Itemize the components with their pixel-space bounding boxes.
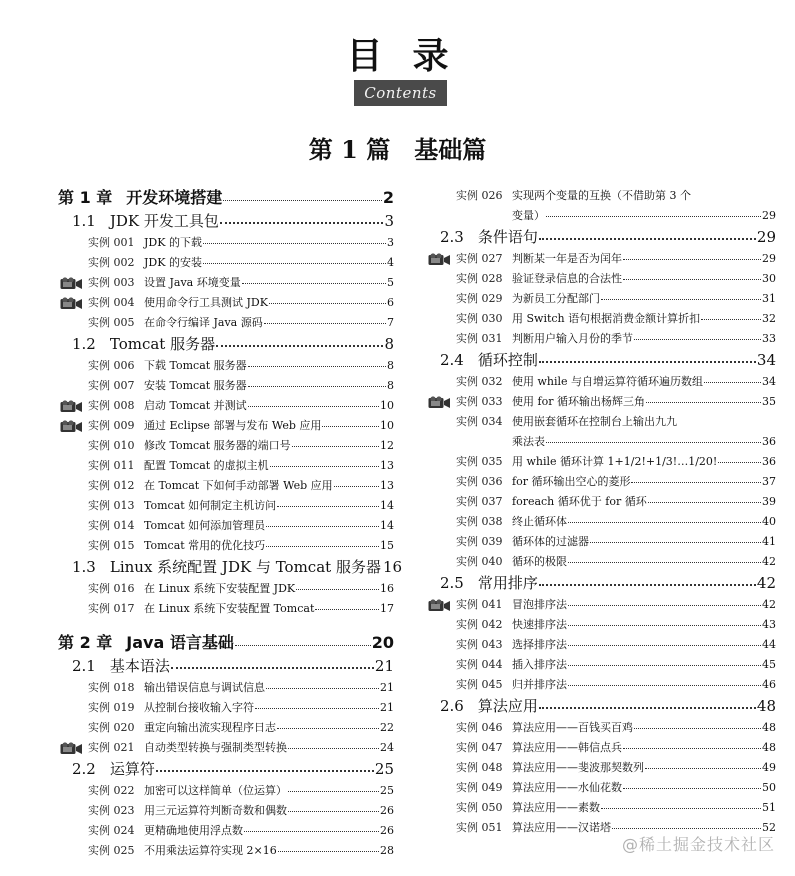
leader-dots bbox=[623, 741, 761, 750]
page-number: 30 bbox=[762, 269, 776, 289]
example-title: 设置 Java 环境变量 bbox=[144, 276, 241, 289]
leader-dots bbox=[248, 399, 379, 408]
example-title: 使用 while 与自增运算符循环遍历数组 bbox=[512, 375, 703, 388]
page-number: 22 bbox=[380, 718, 394, 738]
leader-dots bbox=[646, 395, 761, 404]
example-entry[interactable]: 实例 005在命令行编译 Java 源码7 bbox=[58, 313, 394, 333]
example-id: 实例 024 bbox=[88, 821, 144, 841]
example-label: 实例 002JDK 的安装 bbox=[88, 253, 202, 273]
example-entry[interactable]: 实例 019从控制台接收输入字符21 bbox=[58, 698, 394, 718]
page-number: 45 bbox=[762, 655, 776, 675]
example-label: 实例 007安装 Tomcat 服务器 bbox=[88, 376, 247, 396]
page-number: 12 bbox=[380, 436, 394, 456]
page-number: 34 bbox=[762, 372, 776, 392]
example-label: 实例 004使用命令行工具测试 JDK bbox=[88, 293, 268, 313]
example-id: 实例 003 bbox=[88, 273, 144, 293]
example-entry[interactable]: 实例 022加密可以这样简单（位运算）25 bbox=[58, 781, 394, 801]
section-title: 运算符 bbox=[110, 760, 155, 778]
contents-badge: Contents bbox=[354, 80, 447, 106]
example-entry[interactable]: 实例 025不用乘法运算符实现 2×1628 bbox=[58, 841, 394, 861]
example-id: 实例 042 bbox=[456, 615, 512, 635]
page-number: 51 bbox=[762, 798, 776, 818]
page-number: 28 bbox=[380, 841, 394, 861]
leader-dots bbox=[623, 252, 761, 261]
video-camera-icon bbox=[428, 396, 454, 409]
section-label: 2.5常用排序 bbox=[440, 572, 538, 595]
example-entry[interactable]: 实例 033使用 for 循环输出杨辉三角35 bbox=[426, 392, 776, 412]
example-title: 算法应用——汉诺塔 bbox=[512, 821, 611, 834]
example-title: Tomcat 如何制定主机访问 bbox=[144, 499, 276, 512]
example-id: 实例 027 bbox=[456, 249, 512, 269]
leader-dots bbox=[546, 209, 761, 218]
page-number: 35 bbox=[762, 392, 776, 412]
example-label: 实例 050算法应用——素数 bbox=[456, 798, 600, 818]
leader-dots bbox=[645, 761, 761, 770]
page-number: 5 bbox=[387, 273, 394, 293]
leader-dots bbox=[568, 555, 761, 564]
leader-dots bbox=[248, 359, 386, 368]
page-number: 13 bbox=[380, 456, 394, 476]
example-label: 实例 015Tomcat 常用的优化技巧 bbox=[88, 536, 265, 556]
example-label: 实例 029为新员工分配部门 bbox=[456, 289, 600, 309]
leader-dots bbox=[634, 332, 761, 341]
example-title: 安装 Tomcat 服务器 bbox=[144, 379, 247, 392]
example-entry[interactable]: 实例 041冒泡排序法42 bbox=[426, 595, 776, 615]
leader-dots bbox=[322, 419, 379, 428]
example-title: 为新员工分配部门 bbox=[512, 292, 600, 305]
page-number: 8 bbox=[387, 376, 394, 396]
section-number: 1.3 bbox=[72, 558, 96, 576]
example-entry[interactable]: 实例 020重定向输出流实现程序日志22 bbox=[58, 718, 394, 738]
page-number: 7 bbox=[387, 313, 394, 333]
example-entry[interactable]: 实例 036for 循环输出空心的菱形37 bbox=[426, 472, 776, 492]
example-id: 实例 034 bbox=[456, 412, 512, 432]
page-number: 25 bbox=[375, 758, 394, 781]
example-entry[interactable]: 实例 030用 Switch 语句根据消费金额计算折扣32 bbox=[426, 309, 776, 329]
example-entry[interactable]: 实例 049算法应用——水仙花数50 bbox=[426, 778, 776, 798]
leader-dots bbox=[568, 515, 761, 524]
example-title: 冒泡排序法 bbox=[512, 598, 567, 611]
section-label: 1.1JDK 开发工具包 bbox=[72, 210, 219, 233]
section-number: 2.3 bbox=[440, 228, 464, 246]
leader-dots bbox=[216, 334, 383, 347]
leader-dots bbox=[277, 721, 379, 730]
example-id: 实例 038 bbox=[456, 512, 512, 532]
example-label: 实例 022加密可以这样简单（位运算） bbox=[88, 781, 287, 801]
leader-dots bbox=[235, 633, 371, 645]
example-id: 实例 030 bbox=[456, 309, 512, 329]
example-entry[interactable]: 实例 042快速排序法43 bbox=[426, 615, 776, 635]
page-number: 48 bbox=[762, 738, 776, 758]
example-title-continued: 变量） bbox=[512, 206, 545, 226]
example-label: 实例 019从控制台接收输入字符 bbox=[88, 698, 254, 718]
page-number: 10 bbox=[380, 396, 394, 416]
leader-dots bbox=[590, 535, 761, 544]
page-number: 42 bbox=[762, 595, 776, 615]
example-title: foreach 循环优于 for 循环 bbox=[512, 495, 647, 508]
example-id: 实例 049 bbox=[456, 778, 512, 798]
example-entry[interactable]: 实例 035用 while 循环计算 1+1/2!+1/3!…1/20!36 bbox=[426, 452, 776, 472]
section-number: 2.4 bbox=[440, 351, 464, 369]
example-title: 算法应用——水仙花数 bbox=[512, 781, 622, 794]
example-label: 实例 047算法应用——韩信点兵 bbox=[456, 738, 622, 758]
leader-dots bbox=[539, 227, 756, 240]
example-entry[interactable]: 实例 038终止循环体40 bbox=[426, 512, 776, 532]
page-number: 16 bbox=[380, 579, 394, 599]
section-title: 常用排序 bbox=[478, 574, 538, 592]
example-entry[interactable]: 实例 009通过 Eclipse 部署与发布 Web 应用10 bbox=[58, 416, 394, 436]
example-title: Tomcat 常用的优化技巧 bbox=[144, 539, 265, 552]
example-entry[interactable]: 实例 024更精确地使用浮点数26 bbox=[58, 821, 394, 841]
leader-dots bbox=[248, 379, 386, 388]
page-number: 33 bbox=[762, 329, 776, 349]
example-id: 实例 013 bbox=[88, 496, 144, 516]
example-id: 实例 047 bbox=[456, 738, 512, 758]
example-entry[interactable]: 实例 048算法应用——斐波那契数列49 bbox=[426, 758, 776, 778]
page-number: 8 bbox=[384, 333, 394, 356]
example-id: 实例 004 bbox=[88, 293, 144, 313]
page-number: 2 bbox=[383, 186, 394, 210]
example-entry[interactable]: 实例 018输出错误信息与调试信息21 bbox=[58, 678, 394, 698]
leader-dots bbox=[568, 678, 761, 687]
example-entry[interactable]: 实例 003设置 Java 环境变量5 bbox=[58, 273, 394, 293]
page-title: 目录 bbox=[0, 28, 795, 79]
example-label: 实例 026实现两个变量的互换（不借助第 3 个 bbox=[456, 186, 691, 206]
example-entry[interactable]: 实例 007安装 Tomcat 服务器8 bbox=[58, 376, 394, 396]
example-id: 实例 051 bbox=[456, 818, 512, 838]
video-camera-icon bbox=[60, 277, 86, 290]
example-label: 实例 025不用乘法运算符实现 2×16 bbox=[88, 841, 277, 861]
chapter-title: Java 语言基础 bbox=[126, 633, 234, 652]
page-number: 3 bbox=[387, 233, 394, 253]
example-title: 配置 Tomcat 的虚拟主机 bbox=[144, 459, 269, 472]
example-title: 在 Linux 系统下安装配置 JDK bbox=[144, 582, 295, 595]
page-number: 21 bbox=[375, 655, 394, 678]
example-title: 使用 for 循环输出杨辉三角 bbox=[512, 395, 645, 408]
example-title: 使用命令行工具测试 JDK bbox=[144, 296, 268, 309]
example-id: 实例 041 bbox=[456, 595, 512, 615]
page-number: 29 bbox=[762, 206, 776, 226]
leader-dots bbox=[266, 539, 379, 548]
example-title: 从控制台接收输入字符 bbox=[144, 701, 254, 714]
section-label: 2.2运算符 bbox=[72, 758, 155, 781]
example-title: 在 Linux 系统下安装配置 Tomcat bbox=[144, 602, 314, 615]
example-entry[interactable]: 实例 023用三元运算符判断奇数和偶数26 bbox=[58, 801, 394, 821]
example-label: 实例 005在命令行编译 Java 源码 bbox=[88, 313, 263, 333]
example-entry[interactable]: 实例 014Tomcat 如何添加管理员14 bbox=[58, 516, 394, 536]
page-number: 20 bbox=[372, 631, 394, 655]
example-title: 算法应用——素数 bbox=[512, 801, 600, 814]
example-label: 实例 028验证登录信息的合法性 bbox=[456, 269, 622, 289]
page-number: 21 bbox=[380, 698, 394, 718]
section-entry[interactable]: 2.6算法应用48 bbox=[426, 695, 776, 718]
example-title: 用三元运算符判断奇数和偶数 bbox=[144, 804, 287, 817]
example-id: 实例 029 bbox=[456, 289, 512, 309]
example-title: for 循环输出空心的菱形 bbox=[512, 475, 630, 488]
example-label: 实例 032使用 while 与自增运算符循环遍历数组 bbox=[456, 372, 703, 392]
example-id: 实例 021 bbox=[88, 738, 144, 758]
example-title: 循环的极限 bbox=[512, 555, 567, 568]
example-id: 实例 028 bbox=[456, 269, 512, 289]
section-label: 1.2Tomcat 服务器 bbox=[72, 333, 215, 356]
page-number: 36 bbox=[762, 432, 776, 452]
example-id: 实例 022 bbox=[88, 781, 144, 801]
example-entry[interactable]: 实例 031判断用户输入月份的季节33 bbox=[426, 329, 776, 349]
section-entry[interactable]: 1.2Tomcat 服务器8 bbox=[58, 333, 394, 356]
example-label: 实例 039循环体的过滤器 bbox=[456, 532, 589, 552]
example-entry[interactable]: 实例 012在 Tomcat 下如何手动部署 Web 应用13 bbox=[58, 476, 394, 496]
section-title: 基本语法 bbox=[110, 657, 170, 675]
example-title: 快速排序法 bbox=[512, 618, 567, 631]
section-entry[interactable]: 2.1基本语法21 bbox=[58, 655, 394, 678]
page-number: 25 bbox=[380, 781, 394, 801]
video-camera-icon bbox=[60, 420, 86, 433]
video-camera-icon bbox=[60, 297, 86, 310]
leader-dots bbox=[334, 479, 379, 488]
leader-dots bbox=[623, 781, 761, 790]
example-entry[interactable]: 实例 016在 Linux 系统下安装配置 JDK16 bbox=[58, 579, 394, 599]
section-entry[interactable]: 2.5常用排序42 bbox=[426, 572, 776, 595]
section-entry[interactable]: 2.4循环控制34 bbox=[426, 349, 776, 372]
section-title: 算法应用 bbox=[478, 697, 538, 715]
example-label: 实例 010修改 Tomcat 服务器的端口号 bbox=[88, 436, 291, 456]
example-label: 实例 012在 Tomcat 下如何手动部署 Web 应用 bbox=[88, 476, 333, 496]
leader-dots bbox=[156, 759, 374, 772]
example-title: 自动类型转换与强制类型转换 bbox=[144, 741, 287, 754]
example-entry[interactable]: 实例 027判断某一年是否为闰年29 bbox=[426, 249, 776, 269]
part-title: 第 1 篇 基础篇 bbox=[0, 130, 795, 165]
example-id: 实例 010 bbox=[88, 436, 144, 456]
example-id: 实例 039 bbox=[456, 532, 512, 552]
example-id: 实例 015 bbox=[88, 536, 144, 556]
leader-dots bbox=[539, 696, 756, 709]
example-id: 实例 017 bbox=[88, 599, 144, 619]
example-title: 用 Switch 语句根据消费金额计算折扣 bbox=[512, 312, 700, 325]
example-id: 实例 007 bbox=[88, 376, 144, 396]
example-label: 实例 017在 Linux 系统下安装配置 Tomcat bbox=[88, 599, 314, 619]
example-label: 实例 046算法应用——百钱买百鸡 bbox=[456, 718, 633, 738]
example-label: 实例 027判断某一年是否为闰年 bbox=[456, 249, 622, 269]
example-entry[interactable]: 实例 028验证登录信息的合法性30 bbox=[426, 269, 776, 289]
example-id: 实例 008 bbox=[88, 396, 144, 416]
page-number: 40 bbox=[762, 512, 776, 532]
example-title: JDK 的安装 bbox=[144, 256, 202, 269]
example-label: 实例 001JDK 的下载 bbox=[88, 233, 202, 253]
example-label: 实例 036for 循环输出空心的菱形 bbox=[456, 472, 630, 492]
example-entry[interactable]: 实例 011配置 Tomcat 的虚拟主机13 bbox=[58, 456, 394, 476]
example-label: 实例 041冒泡排序法 bbox=[456, 595, 567, 615]
example-entry[interactable]: 实例 046算法应用——百钱买百鸡48 bbox=[426, 718, 776, 738]
page-number: 44 bbox=[762, 635, 776, 655]
section-number: 1.1 bbox=[72, 212, 96, 230]
page-number: 42 bbox=[757, 572, 776, 595]
leader-dots bbox=[701, 312, 761, 321]
page-number: 31 bbox=[762, 289, 776, 309]
toc-left-column: 第 1 章开发环境搭建21.1JDK 开发工具包3实例 001JDK 的下载3实… bbox=[58, 186, 394, 861]
section-entry[interactable]: 1.3Linux 系统配置 JDK 与 Tomcat 服务器16 bbox=[58, 556, 394, 579]
example-entry[interactable]: 实例 032使用 while 与自增运算符循环遍历数组34 bbox=[426, 372, 776, 392]
example-id: 实例 025 bbox=[88, 841, 144, 861]
example-title: 修改 Tomcat 服务器的端口号 bbox=[144, 439, 291, 452]
example-entry[interactable]: 实例 002JDK 的安装4 bbox=[58, 253, 394, 273]
leader-dots bbox=[203, 236, 386, 245]
example-title: 判断用户输入月份的季节 bbox=[512, 332, 633, 345]
example-entry[interactable]: 实例 040循环的极限42 bbox=[426, 552, 776, 572]
page-number: 15 bbox=[380, 536, 394, 556]
example-entry[interactable]: 实例 001JDK 的下载3 bbox=[58, 233, 394, 253]
page-number: 42 bbox=[762, 552, 776, 572]
page-number: 14 bbox=[380, 516, 394, 536]
page-number: 39 bbox=[762, 492, 776, 512]
section-label: 2.3条件语句 bbox=[440, 226, 538, 249]
leader-dots bbox=[244, 824, 379, 833]
section-number: 2.2 bbox=[72, 760, 96, 778]
example-label: 实例 018输出错误信息与调试信息 bbox=[88, 678, 265, 698]
example-title: 不用乘法运算符实现 2×16 bbox=[144, 844, 277, 857]
page-number: 26 bbox=[380, 801, 394, 821]
example-id: 实例 043 bbox=[456, 635, 512, 655]
example-entry[interactable]: 实例 026实现两个变量的互换（不借助第 3 个 bbox=[426, 186, 776, 206]
leader-dots bbox=[634, 721, 761, 730]
example-label: 实例 037foreach 循环优于 for 循环 bbox=[456, 492, 647, 512]
example-entry[interactable]: 实例 021自动类型转换与强制类型转换24 bbox=[58, 738, 394, 758]
example-entry[interactable]: 实例 015Tomcat 常用的优化技巧15 bbox=[58, 536, 394, 556]
page-number: 8 bbox=[387, 356, 394, 376]
example-title: 算法应用——韩信点兵 bbox=[512, 741, 622, 754]
section-entry[interactable]: 2.3条件语句29 bbox=[426, 226, 776, 249]
leader-dots bbox=[539, 350, 756, 363]
example-label: 实例 013Tomcat 如何制定主机访问 bbox=[88, 496, 276, 516]
example-id: 实例 001 bbox=[88, 233, 144, 253]
example-title: 验证登录信息的合法性 bbox=[512, 272, 622, 285]
leader-dots bbox=[171, 656, 374, 669]
example-title: 启动 Tomcat 并测试 bbox=[144, 399, 247, 412]
example-label: 实例 024更精确地使用浮点数 bbox=[88, 821, 243, 841]
example-entry[interactable]: 实例 043选择排序法44 bbox=[426, 635, 776, 655]
example-label: 实例 045归并排序法 bbox=[456, 675, 567, 695]
leader-dots bbox=[269, 296, 386, 305]
spacer bbox=[58, 619, 394, 631]
page-number: 14 bbox=[380, 496, 394, 516]
example-title: 归并排序法 bbox=[512, 678, 567, 691]
example-id: 实例 050 bbox=[456, 798, 512, 818]
example-title: 在 Tomcat 下如何手动部署 Web 应用 bbox=[144, 479, 333, 492]
example-entry[interactable]: 实例 037foreach 循环优于 for 循环39 bbox=[426, 492, 776, 512]
example-entry[interactable]: 实例 004使用命令行工具测试 JDK6 bbox=[58, 293, 394, 313]
page-number: 16 bbox=[383, 556, 402, 579]
example-title: 输出错误信息与调试信息 bbox=[144, 681, 265, 694]
example-label: 实例 043选择排序法 bbox=[456, 635, 567, 655]
leader-dots bbox=[648, 495, 761, 504]
section-label: 2.4循环控制 bbox=[440, 349, 538, 372]
leader-dots bbox=[242, 276, 386, 285]
example-title: JDK 的下载 bbox=[144, 236, 202, 249]
leader-dots bbox=[296, 582, 379, 591]
example-label: 实例 033使用 for 循环输出杨辉三角 bbox=[456, 392, 645, 412]
page-number: 6 bbox=[387, 293, 394, 313]
example-id: 实例 032 bbox=[456, 372, 512, 392]
example-id: 实例 019 bbox=[88, 698, 144, 718]
leader-dots bbox=[568, 598, 761, 607]
example-id: 实例 033 bbox=[456, 392, 512, 412]
example-entry[interactable]: 实例 050算法应用——素数51 bbox=[426, 798, 776, 818]
leader-dots bbox=[220, 211, 384, 224]
example-id: 实例 023 bbox=[88, 801, 144, 821]
example-entry[interactable]: 实例 010修改 Tomcat 服务器的端口号12 bbox=[58, 436, 394, 456]
section-entry[interactable]: 1.1JDK 开发工具包3 bbox=[58, 210, 394, 233]
page-number: 10 bbox=[380, 416, 394, 436]
example-title: 判断某一年是否为闰年 bbox=[512, 252, 622, 265]
watermark: @稀土掘金技术社区 bbox=[622, 832, 775, 855]
example-entry[interactable]: 实例 008启动 Tomcat 并测试10 bbox=[58, 396, 394, 416]
example-entry[interactable]: 实例 006下载 Tomcat 服务器8 bbox=[58, 356, 394, 376]
page-number: 50 bbox=[762, 778, 776, 798]
example-id: 实例 016 bbox=[88, 579, 144, 599]
example-label: 实例 006下载 Tomcat 服务器 bbox=[88, 356, 247, 376]
page-number: 29 bbox=[762, 249, 776, 269]
chapter-entry[interactable]: 第 1 章开发环境搭建2 bbox=[58, 186, 394, 210]
example-id: 实例 005 bbox=[88, 313, 144, 333]
example-label: 实例 009通过 Eclipse 部署与发布 Web 应用 bbox=[88, 416, 321, 436]
page-number: 29 bbox=[757, 226, 776, 249]
leader-dots bbox=[255, 701, 379, 710]
example-entry[interactable]: 实例 029为新员工分配部门31 bbox=[426, 289, 776, 309]
example-id: 实例 006 bbox=[88, 356, 144, 376]
example-label: 实例 034使用嵌套循环在控制台上输出九九 bbox=[456, 412, 677, 432]
example-entry[interactable]: 实例 013Tomcat 如何制定主机访问14 bbox=[58, 496, 394, 516]
example-title: 加密可以这样简单（位运算） bbox=[144, 784, 287, 797]
example-entry[interactable]: 实例 045归并排序法46 bbox=[426, 675, 776, 695]
chapter-entry[interactable]: 第 2 章Java 语言基础20 bbox=[58, 631, 394, 655]
video-camera-icon bbox=[60, 742, 86, 755]
example-entry[interactable]: 实例 047算法应用——韩信点兵48 bbox=[426, 738, 776, 758]
example-label: 实例 049算法应用——水仙花数 bbox=[456, 778, 622, 798]
example-label: 实例 016在 Linux 系统下安装配置 JDK bbox=[88, 579, 295, 599]
example-id: 实例 045 bbox=[456, 675, 512, 695]
leader-dots bbox=[264, 316, 386, 325]
example-entry[interactable]: 实例 044插入排序法45 bbox=[426, 655, 776, 675]
page-number: 17 bbox=[380, 599, 394, 619]
leader-dots bbox=[623, 272, 761, 281]
example-continuation[interactable]: 变量）29 bbox=[426, 206, 776, 226]
example-title: 插入排序法 bbox=[512, 658, 567, 671]
example-entry[interactable]: 实例 034使用嵌套循环在控制台上输出九九 bbox=[426, 412, 776, 432]
chapter-label: 第 1 章开发环境搭建 bbox=[58, 186, 222, 210]
section-number: 1.2 bbox=[72, 335, 96, 353]
example-title-continued: 乘法表 bbox=[512, 432, 545, 452]
leader-dots bbox=[266, 681, 379, 690]
example-title: 使用嵌套循环在控制台上输出九九 bbox=[512, 415, 677, 428]
example-label: 实例 044插入排序法 bbox=[456, 655, 567, 675]
example-label: 实例 008启动 Tomcat 并测试 bbox=[88, 396, 247, 416]
leader-dots bbox=[601, 801, 761, 810]
section-entry[interactable]: 2.2运算符25 bbox=[58, 758, 394, 781]
example-entry[interactable]: 实例 017在 Linux 系统下安装配置 Tomcat17 bbox=[58, 599, 394, 619]
example-entry[interactable]: 实例 039循环体的过滤器41 bbox=[426, 532, 776, 552]
example-title: 在命令行编译 Java 源码 bbox=[144, 316, 263, 329]
leader-dots bbox=[539, 573, 756, 586]
example-title: 实现两个变量的互换（不借助第 3 个 bbox=[512, 189, 691, 202]
example-title: 重定向输出流实现程序日志 bbox=[144, 721, 276, 734]
section-label: 2.6算法应用 bbox=[440, 695, 538, 718]
example-id: 实例 037 bbox=[456, 492, 512, 512]
section-number: 2.1 bbox=[72, 657, 96, 675]
example-id: 实例 020 bbox=[88, 718, 144, 738]
example-title: 通过 Eclipse 部署与发布 Web 应用 bbox=[144, 419, 321, 432]
leader-dots bbox=[601, 292, 761, 301]
leader-dots bbox=[277, 499, 379, 508]
example-continuation[interactable]: 乘法表36 bbox=[426, 432, 776, 452]
